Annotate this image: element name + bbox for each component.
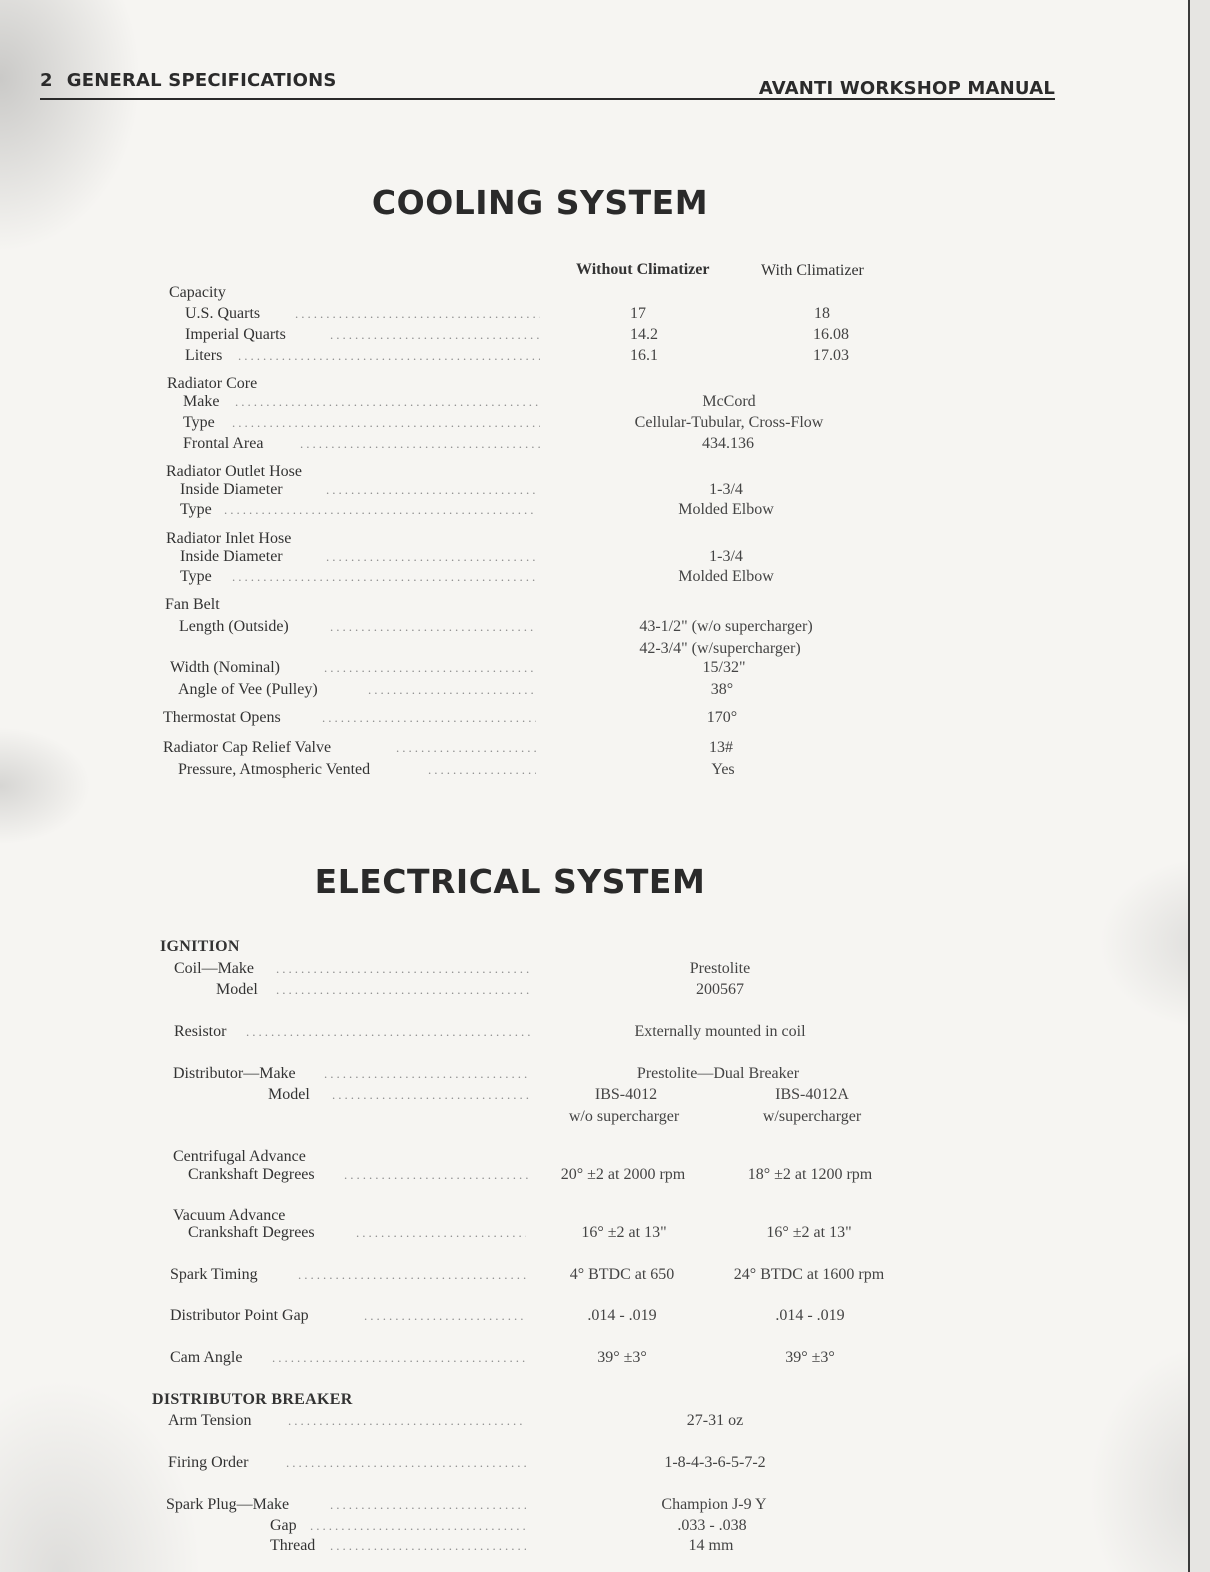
value: Prestolite—Dual Breaker xyxy=(637,1064,799,1084)
spec-label: Inside Diameter xyxy=(180,480,283,500)
note-with: w/supercharger xyxy=(763,1107,861,1127)
leader-dots: ........................................ xyxy=(324,1064,530,1084)
spec-label: Type xyxy=(180,500,212,520)
spec-label: Imperial Quarts xyxy=(185,325,286,345)
col-without-climatizer: Without Climatizer xyxy=(576,261,709,279)
spec-label: Crankshaft Degrees xyxy=(188,1223,315,1243)
spec-label: Spark Plug—Make xyxy=(166,1495,289,1515)
value-with: 16° ±2 at 13" xyxy=(766,1223,851,1243)
value-without: 4° BTDC at 650 xyxy=(570,1265,675,1285)
spec-label: Inside Diameter xyxy=(180,547,283,567)
spec-label: Distributor—Make xyxy=(173,1064,296,1084)
value: 43-1/2" (w/o supercharger) xyxy=(639,617,812,637)
value-without: .014 - .019 xyxy=(587,1306,656,1326)
value-with: 18 xyxy=(814,304,830,324)
leader-dots: ........................................ xyxy=(300,434,540,454)
leader-dots: .................... xyxy=(428,760,536,780)
spec-label: Pressure, Atmospheric Vented xyxy=(178,760,370,780)
group-label: Centrifugal Advance xyxy=(173,1147,306,1167)
leader-dots: ........................................… xyxy=(246,1022,530,1042)
leader-dots: ........................................… xyxy=(276,959,530,979)
spec-label: Angle of Vee (Pulley) xyxy=(178,680,318,700)
leader-dots: ........................................… xyxy=(286,1453,526,1473)
leader-dots: ........................................ xyxy=(326,480,538,500)
value: Molded Elbow xyxy=(678,500,774,520)
value: 14 mm xyxy=(689,1536,734,1556)
spec-label: U.S. Quarts xyxy=(185,304,260,324)
leader-dots: ........................................… xyxy=(224,500,538,520)
leader-dots: .............................. xyxy=(368,680,536,700)
spec-label: Distributor Point Gap xyxy=(170,1306,309,1326)
spec-label: Thread xyxy=(270,1536,315,1556)
leader-dots: .................................... xyxy=(344,1165,530,1185)
spec-label: Gap xyxy=(270,1516,297,1536)
leader-dots: ........................................… xyxy=(232,567,538,587)
value-without: 20° ±2 at 2000 rpm xyxy=(561,1165,686,1185)
value: 27-31 oz xyxy=(687,1411,743,1431)
value-with: IBS-4012A xyxy=(775,1085,849,1105)
leader-dots: ................................ xyxy=(364,1306,526,1326)
page-number: 2 xyxy=(40,70,53,91)
spec-label: Length (Outside) xyxy=(179,617,289,637)
spec-label: Type xyxy=(180,567,212,587)
value-without: 17 xyxy=(630,304,646,324)
leader-dots: .................................. xyxy=(356,1223,526,1243)
value-without: 39° ±3° xyxy=(597,1348,647,1368)
value-with: 16.08 xyxy=(813,325,849,345)
value: 170° xyxy=(707,708,737,728)
section-name: GENERAL SPECIFICATIONS xyxy=(67,70,337,91)
leader-dots: ......................... xyxy=(396,738,536,758)
value-without: IBS-4012 xyxy=(595,1085,657,1105)
value: Molded Elbow xyxy=(678,567,774,587)
subsection-heading: DISTRIBUTOR BREAKER xyxy=(152,1390,353,1410)
value-with: 24° BTDC at 1600 rpm xyxy=(734,1265,884,1285)
leader-dots: ........................................ xyxy=(330,325,540,345)
spec-label: Thermostat Opens xyxy=(163,708,281,728)
leader-dots: ........................................ xyxy=(326,547,538,567)
spec-label: Liters xyxy=(185,346,222,366)
value-with: .014 - .019 xyxy=(775,1306,844,1326)
group-label: Fan Belt xyxy=(165,595,220,615)
value: Externally mounted in coil xyxy=(634,1022,805,1042)
leader-dots: ........................................… xyxy=(298,1265,526,1285)
value: Yes xyxy=(711,760,734,780)
value: Cellular-Tubular, Cross-Flow xyxy=(635,413,824,433)
value: 434.136 xyxy=(702,434,754,454)
leader-dots: ........................................… xyxy=(232,413,540,433)
subsection-heading: IGNITION xyxy=(160,937,240,957)
value-without: 16° ±2 at 13" xyxy=(581,1223,666,1243)
spec-label: Width (Nominal) xyxy=(170,658,280,678)
page-edge xyxy=(1188,0,1210,1572)
value: Champion J-9 Y xyxy=(661,1495,766,1515)
leader-dots: ........................................ xyxy=(330,1495,526,1515)
col-with-climatizer: With Climatizer xyxy=(761,262,864,280)
value: Prestolite xyxy=(690,959,750,979)
header-left: 2GENERAL SPECIFICATIONS xyxy=(40,70,337,91)
cooling-system-title: COOLING SYSTEM xyxy=(0,183,1080,222)
value: McCord xyxy=(702,392,755,412)
leader-dots: ........................................… xyxy=(288,1411,526,1431)
value-with: 39° ±3° xyxy=(785,1348,835,1368)
spec-label: Model xyxy=(216,980,258,1000)
value-without: 14.2 xyxy=(630,325,658,345)
value: 1-3/4 xyxy=(709,480,743,500)
leader-dots: ........................................ xyxy=(322,708,536,728)
group-label: Radiator Outlet Hose xyxy=(166,462,302,482)
leader-dots: ........................................… xyxy=(272,1348,526,1368)
value: 15/32" xyxy=(703,658,746,678)
value: 38° xyxy=(711,680,733,700)
leader-dots: ........................................… xyxy=(238,346,540,366)
spec-label: Crankshaft Degrees xyxy=(188,1165,315,1185)
leader-dots: ........................................ xyxy=(332,1085,530,1105)
group-label: Capacity xyxy=(169,283,226,303)
electrical-system-title: ELECTRICAL SYSTEM xyxy=(0,862,1050,901)
manual-title: AVANTI WORKSHOP MANUAL xyxy=(759,78,1055,99)
spec-label: Spark Timing xyxy=(170,1265,258,1285)
spec-label: Arm Tension xyxy=(168,1411,251,1431)
leader-dots: ........................................… xyxy=(235,392,540,412)
value-without: 16.1 xyxy=(630,346,658,366)
value: 13# xyxy=(709,738,733,758)
spec-label: Frontal Area xyxy=(183,434,263,454)
page-header: 2GENERAL SPECIFICATIONS AVANTI WORKSHOP … xyxy=(40,68,1055,98)
group-label: Radiator Core xyxy=(167,374,257,394)
value-alt: 42-3/4" (w/supercharger) xyxy=(639,639,800,659)
value: .033 - .038 xyxy=(677,1516,746,1536)
leader-dots: ........................................ xyxy=(295,304,540,324)
spec-label: Type xyxy=(183,413,215,433)
value: 1-3/4 xyxy=(709,547,743,567)
spec-label: Firing Order xyxy=(168,1453,248,1473)
leader-dots: ........................................ xyxy=(324,658,536,678)
value-with: 17.03 xyxy=(813,346,849,366)
spec-label: Coil—Make xyxy=(174,959,254,979)
spec-label: Model xyxy=(268,1085,310,1105)
leader-dots: ........................................ xyxy=(330,1536,526,1556)
spec-label: Cam Angle xyxy=(170,1348,242,1368)
value: 1-8-4-3-6-5-7-2 xyxy=(664,1453,765,1473)
group-label: Radiator Inlet Hose xyxy=(166,529,291,549)
manual-page: 2GENERAL SPECIFICATIONS AVANTI WORKSHOP … xyxy=(0,0,1210,1572)
note-without: w/o supercharger xyxy=(569,1107,679,1127)
spec-label: Radiator Cap Relief Valve xyxy=(163,738,331,758)
value-with: 18° ±2 at 1200 rpm xyxy=(748,1165,873,1185)
header-rule xyxy=(40,98,1055,100)
leader-dots: ........................................… xyxy=(276,980,530,1000)
spec-label: Resistor xyxy=(174,1022,226,1042)
value: 200567 xyxy=(696,980,744,1000)
leader-dots: ........................................ xyxy=(330,617,536,637)
spec-label: Make xyxy=(183,392,219,412)
leader-dots: ........................................ xyxy=(310,1516,526,1536)
